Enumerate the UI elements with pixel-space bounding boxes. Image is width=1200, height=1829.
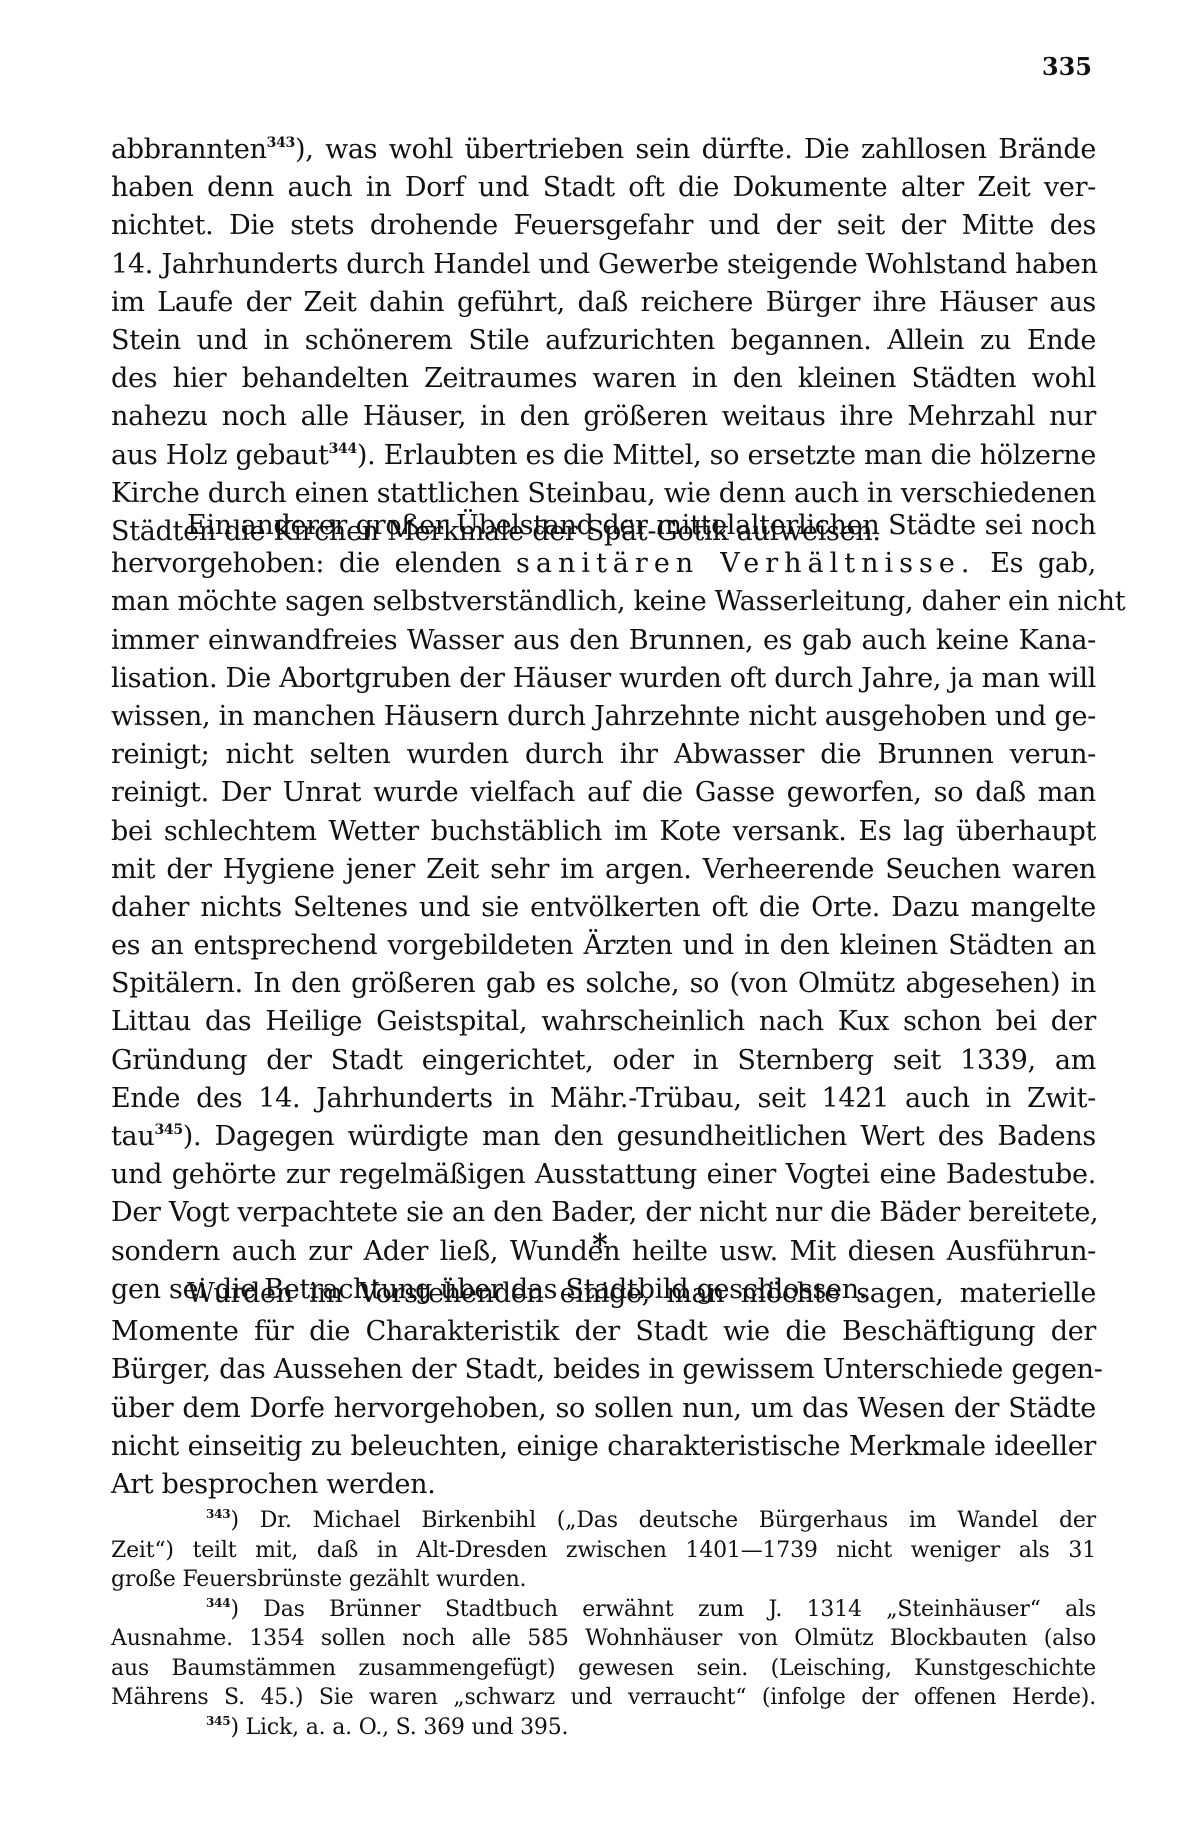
text-line: aus Holz gebaut344). Erlaubten es die Mi…	[111, 437, 1096, 475]
footnote-ref-343[interactable]: 343	[267, 135, 295, 151]
footnote-line: 345) Lick, a. a. O., S. 369 und 395.	[111, 1713, 1096, 1743]
paragraph-2: Ein anderer großer Übelstand der mittela…	[111, 507, 1096, 1309]
text-line: Momente für die Charakteristik der Stadt…	[111, 1313, 1096, 1351]
text-line: Wurden im Vorstehenden einige, man möcht…	[111, 1275, 1096, 1313]
footnote-number: 344	[206, 1596, 230, 1610]
text-line: des hier behandelten Zeitraumes waren in…	[111, 360, 1096, 398]
text-line: tau345). Dagegen würdigte man den gesund…	[111, 1118, 1096, 1156]
footnote-line: Mährens S. 45.) Sie waren „schwarz und v…	[111, 1683, 1096, 1713]
footnote-number: 343	[206, 1507, 230, 1521]
section-separator: *	[0, 1228, 1200, 1263]
text-line: bei schlechtem Wetter buchstäblich im Ko…	[111, 813, 1096, 851]
footnote-line: 344) Das Brünner Stadtbuch erwähnt zum J…	[111, 1595, 1096, 1625]
text-line: Ende des 14. Jahrhunderts in Mähr.-Trüba…	[111, 1080, 1096, 1118]
text-line: lisation. Die Abortgruben der Häuser wur…	[111, 660, 1096, 698]
text-line: Ein anderer großer Übelstand der mittela…	[111, 507, 1096, 545]
text-line: Stein und in schönerem Stile aufzurichte…	[111, 322, 1096, 360]
footnote-344: 344) Das Brünner Stadtbuch erwähnt zum J…	[111, 1595, 1096, 1713]
footnote-line: Ausnahme. 1354 sollen noch alle 585 Wohn…	[111, 1624, 1096, 1654]
text-line: 14. Jahrhunderts durch Handel und Gewerb…	[111, 246, 1096, 284]
text-line: Littau das Heilige Geistspital, wahrsche…	[111, 1003, 1096, 1041]
text-line: Spitälern. In den größeren gab es solche…	[111, 965, 1096, 1003]
footnote-line: 343) Dr. Michael Birkenbihl („Das deutsc…	[111, 1506, 1096, 1536]
footnote-343: 343) Dr. Michael Birkenbihl („Das deutsc…	[111, 1506, 1096, 1595]
footnote-ref-344[interactable]: 344	[329, 441, 357, 457]
text-line: abbrannten343), was wohl übertrieben sei…	[111, 131, 1096, 169]
text-line: hervorgehoben: die elenden sanitären Ver…	[111, 545, 1096, 583]
text-line: Gründung der Stadt eingerichtet, oder in…	[111, 1042, 1096, 1080]
text-line: immer einwandfreies Wasser aus den Brunn…	[111, 622, 1096, 660]
text-line: Der Vogt verpachtete sie an den Bader, d…	[111, 1194, 1096, 1232]
text-line: wissen, in manchen Häusern durch Jahrzeh…	[111, 698, 1096, 736]
paragraph-3: Wurden im Vorstehenden einige, man möcht…	[111, 1275, 1096, 1504]
text-line: und gehörte zur regelmäßigen Ausstattung…	[111, 1156, 1096, 1194]
text-line: man möchte sagen selbstverständlich, kei…	[111, 583, 1096, 621]
footnote-number: 345	[206, 1714, 230, 1728]
text-line: nicht einseitig zu beleuchten, einige ch…	[111, 1428, 1096, 1466]
text-line: über dem Dorfe hervorgehoben, so sollen …	[111, 1390, 1096, 1428]
emphasized-text: sanitären Verhältnisse.	[516, 548, 975, 579]
text-line: nahezu noch alle Häuser, in den größeren…	[111, 398, 1096, 436]
text-line: im Laufe der Zeit dahin geführt, daß rei…	[111, 284, 1096, 322]
paragraph-1: abbrannten343), was wohl übertrieben sei…	[111, 131, 1096, 551]
text-line: reinigt; nicht selten wurden durch ihr A…	[111, 736, 1096, 774]
text-line: Art besprochen werden.	[111, 1466, 1096, 1504]
footnote-line: Zeit“) teilt mit, daß in Alt-Dresden zwi…	[111, 1536, 1096, 1566]
text-line: Bürger, das Aussehen der Stadt, beides i…	[111, 1351, 1096, 1389]
text-line: daher nichts Seltenes und sie entvölkert…	[111, 889, 1096, 927]
footnotes: 343) Dr. Michael Birkenbihl („Das deutsc…	[111, 1506, 1096, 1742]
text-line: haben denn auch in Dorf und Stadt oft di…	[111, 169, 1096, 207]
text-line: mit der Hygiene jener Zeit sehr im argen…	[111, 851, 1096, 889]
footnote-ref-345[interactable]: 345	[154, 1122, 182, 1138]
footnote-line: große Feuersbrünste gezählt wurden.	[111, 1565, 1096, 1595]
footnote-345: 345) Lick, a. a. O., S. 369 und 395.	[111, 1713, 1096, 1743]
text-line: es an entsprechend vorgebildeten Ärzten …	[111, 927, 1096, 965]
footnote-line: aus Baumstämmen zusammengefügt) gewesen …	[111, 1654, 1096, 1684]
page-number: 335	[1042, 52, 1092, 81]
text-line: reinigt. Der Unrat wurde vielfach auf di…	[111, 774, 1096, 812]
text-line: nichtet. Die stets drohende Feuersgefahr…	[111, 207, 1096, 245]
